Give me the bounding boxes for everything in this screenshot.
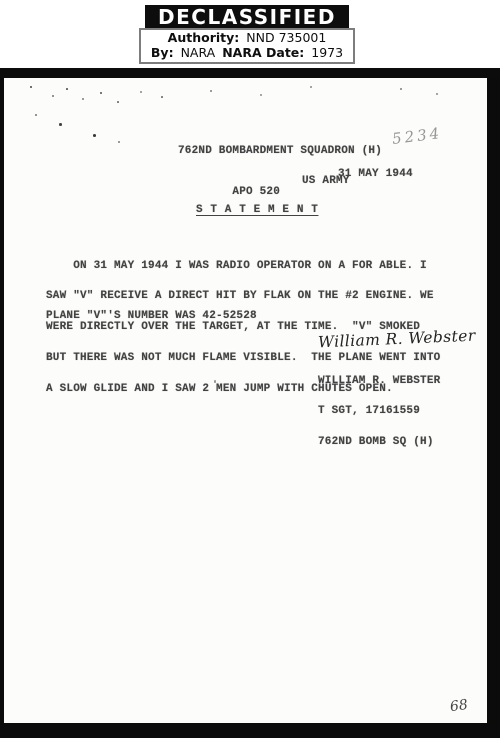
nara-date-value: 1973 <box>311 45 343 60</box>
scan-speck <box>59 123 62 126</box>
declassified-banner: DECLASSIFIED <box>145 5 349 29</box>
scan-border-top <box>0 68 500 78</box>
scan-speck <box>52 95 54 97</box>
nara-date-label: NARA Date: <box>222 45 304 60</box>
authority-value: NND 735001 <box>246 30 326 45</box>
stamp-by-line: By:NARANARA Date:1973 <box>143 46 351 61</box>
document-header: 762ND BOMBARDMENT SQUADRON (H) APO 520 U… <box>178 125 382 238</box>
scan-speck <box>35 114 37 116</box>
plane-number-line: PLANE "V"'S NUMBER WAS 42-52528 <box>46 311 257 321</box>
handwritten-reference-number: 5234 <box>391 124 443 148</box>
signature-typed-name: WILLIAM R. WEBSTER <box>318 376 440 386</box>
signature-rank-serial: T SGT, 17161559 <box>318 406 440 416</box>
scanned-document-page: DECLASSIFIED Authority:NND 735001 By:NAR… <box>0 0 500 738</box>
by-label: By: <box>151 45 174 60</box>
scan-speck <box>436 93 438 95</box>
declassified-stamp: DECLASSIFIED Authority:NND 735001 By:NAR… <box>139 5 355 64</box>
scan-speck <box>400 88 402 90</box>
signature-block: WILLIAM R. WEBSTER T SGT, 17161559 762ND… <box>318 355 440 468</box>
scan-speck <box>117 101 119 103</box>
scan-speck <box>30 86 32 88</box>
scan-speck <box>66 88 68 90</box>
by-value: NARA <box>181 45 216 60</box>
stamp-authority-line: Authority:NND 735001 <box>143 31 351 46</box>
stamp-strip: DECLASSIFIED Authority:NND 735001 By:NAR… <box>0 0 500 68</box>
document-title: S T A T E M E N T <box>196 205 318 215</box>
scan-speck <box>100 92 102 94</box>
scan-speck <box>210 90 212 92</box>
scan-speck <box>161 96 163 98</box>
scan-speck <box>93 134 96 137</box>
header-apo: APO 520 <box>232 186 280 198</box>
scan-speck <box>214 380 216 383</box>
scan-speck <box>310 86 312 88</box>
scan-speck <box>140 91 142 93</box>
page-number: 68 <box>449 697 469 715</box>
authority-label: Authority: <box>168 30 240 45</box>
statement-line: SAW "V" RECEIVE A DIRECT HIT BY FLAK ON … <box>46 291 440 301</box>
scan-speck <box>260 94 262 96</box>
statement-line: ON 31 MAY 1944 I WAS RADIO OPERATOR ON A… <box>46 261 440 271</box>
document-paper: 762ND BOMBARDMENT SQUADRON (H) APO 520 U… <box>4 78 487 723</box>
header-unit: 762ND BOMBARDMENT SQUADRON (H) <box>178 146 382 156</box>
scan-speck <box>82 98 84 100</box>
document-date: 31 MAY 1944 <box>338 169 413 179</box>
stamp-details-box: Authority:NND 735001 By:NARANARA Date:19… <box>139 28 355 64</box>
signature-unit: 762ND BOMB SQ (H) <box>318 437 440 447</box>
scan-speck <box>118 141 120 143</box>
